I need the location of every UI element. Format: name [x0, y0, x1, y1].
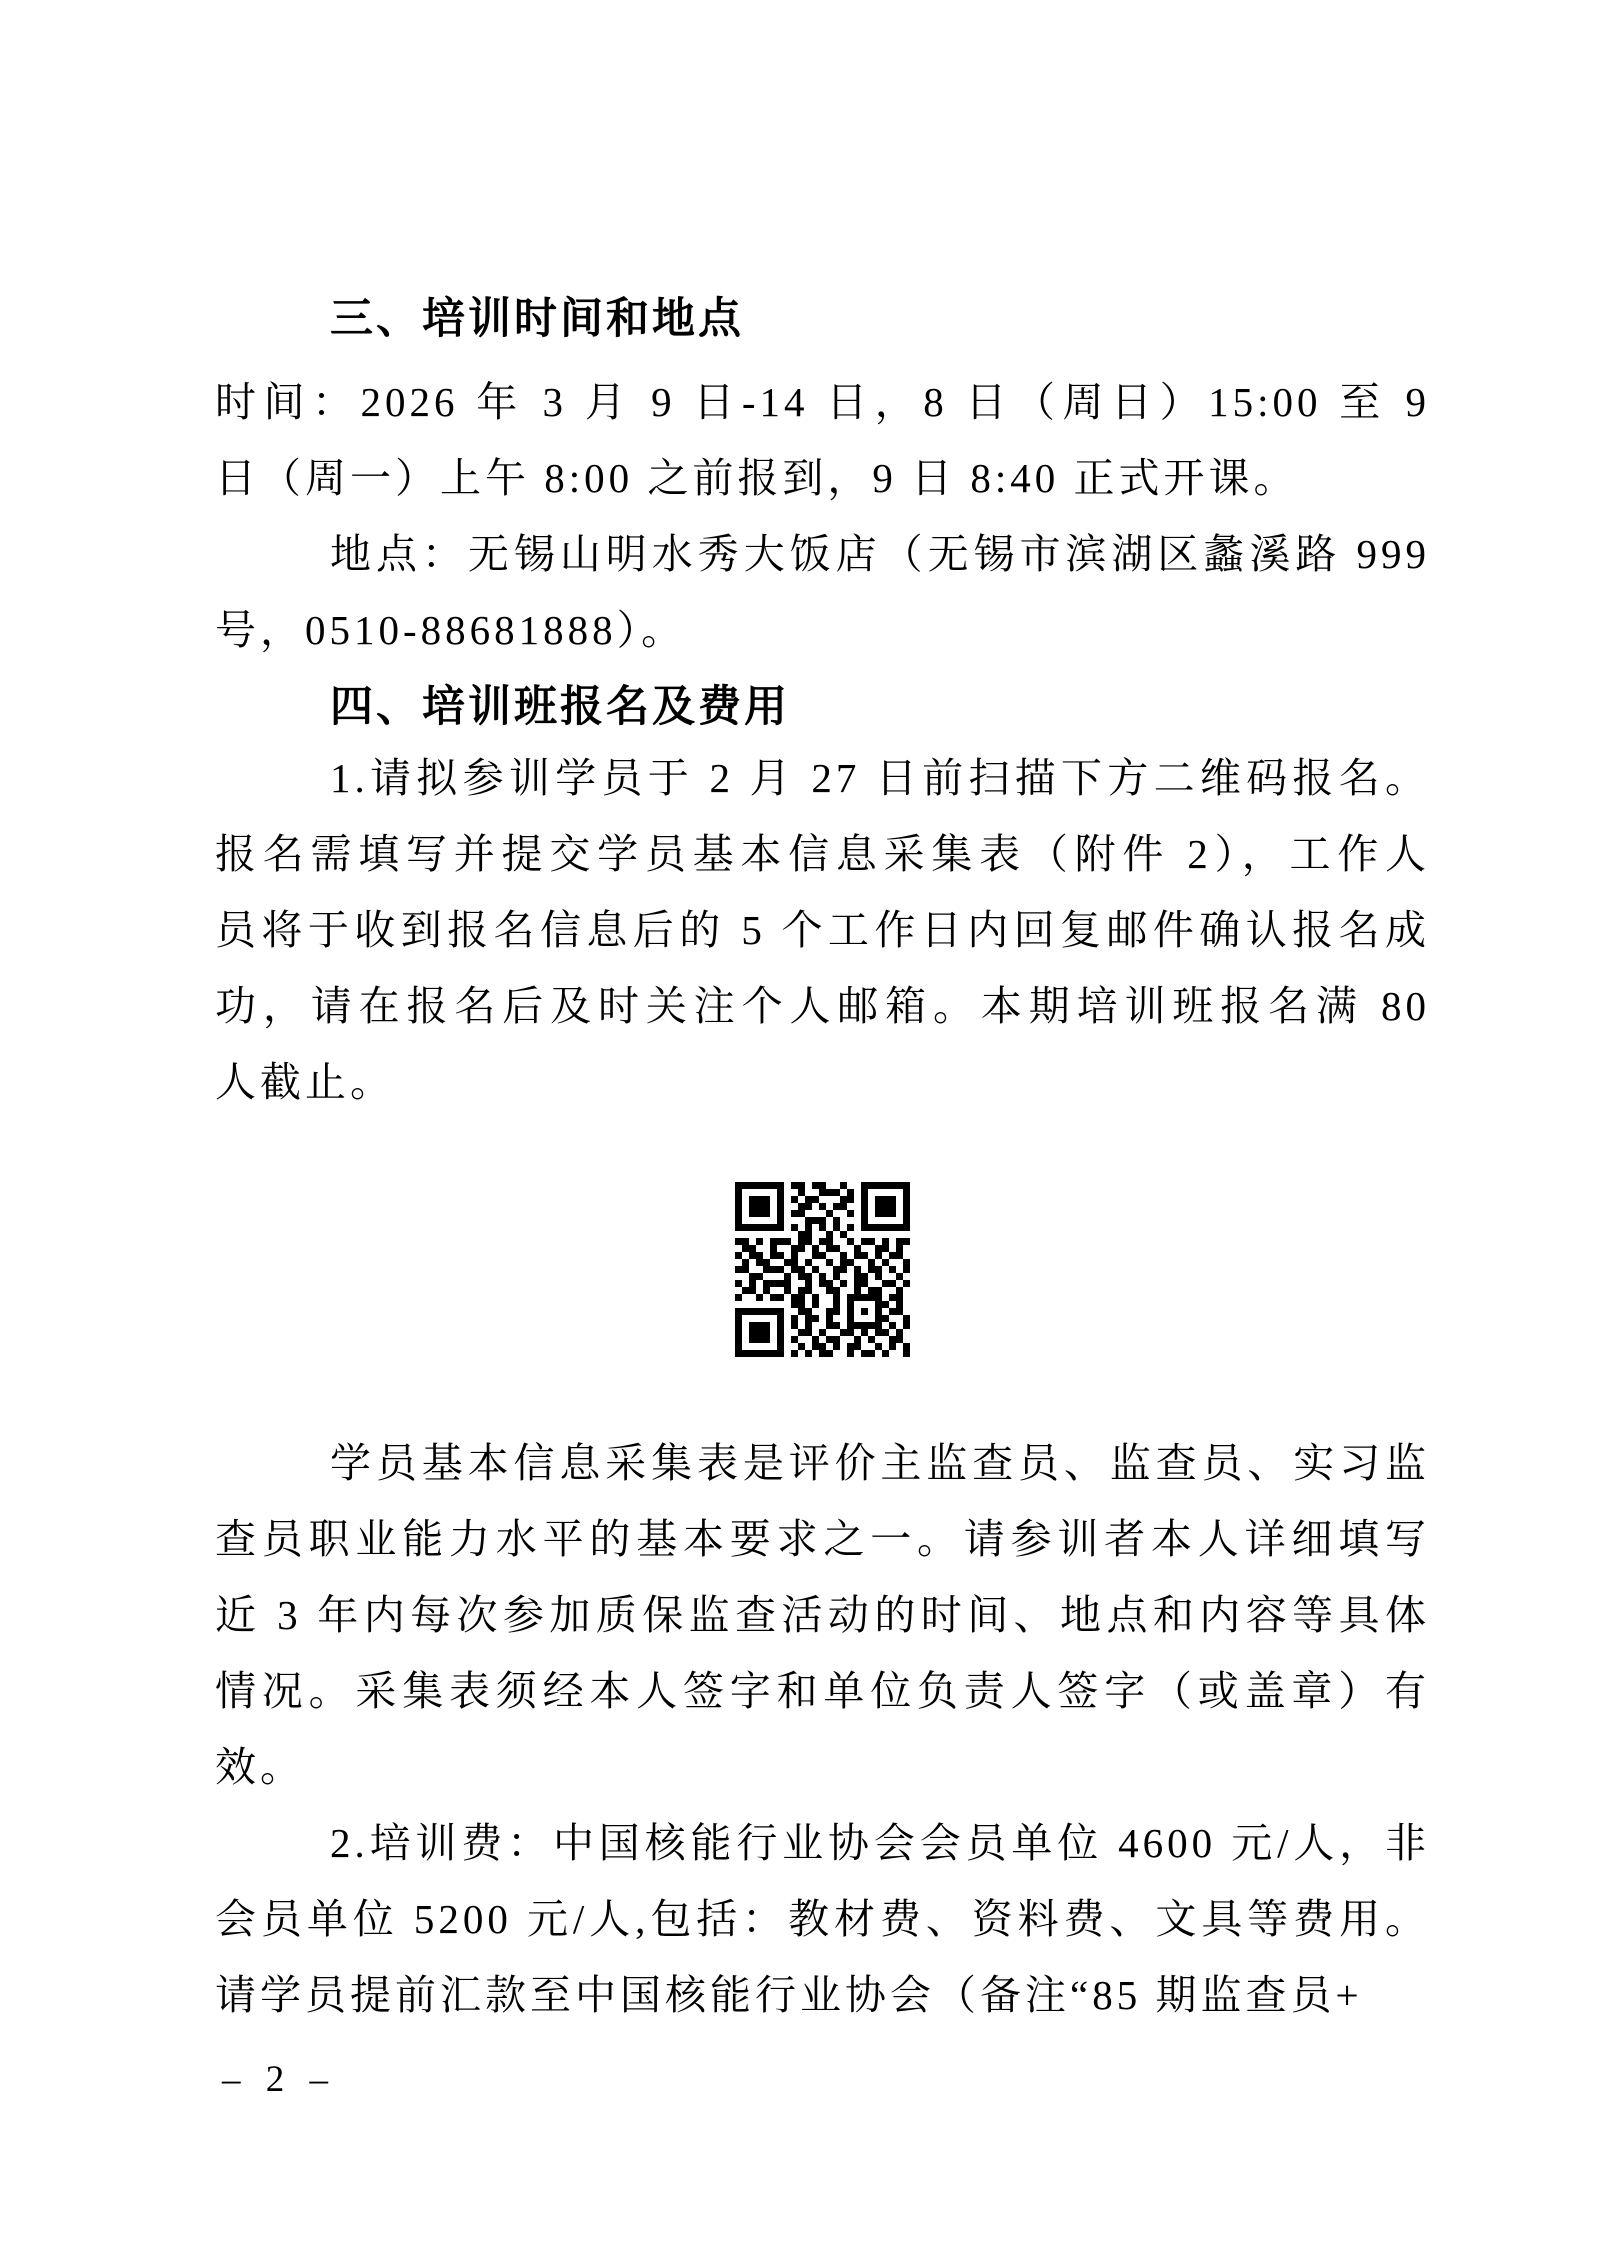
text-line: 学员基本信息采集表是评价主监查员、监查员、实习监: [215, 1425, 1430, 1501]
text-line: 2.培训费：中国核能行业协会会员单位 4600 元/人，非: [215, 1805, 1430, 1881]
paragraph-place: 地点：无锡山明水秀大饭店（无锡市滨湖区蠡溪路 999 号，0510-886818…: [215, 516, 1430, 668]
text-line: 日（周一）上午 8:00 之前报到，9 日 8:40 正式开课。: [215, 440, 1430, 516]
text-line: 近 3 年内每次参加质保监查活动的时间、地点和内容等具体: [215, 1577, 1430, 1653]
registration-qr-code: [735, 1182, 910, 1357]
section-heading-time-place: 三、培训时间和地点: [215, 288, 1430, 350]
text-line: 效。: [215, 1729, 1430, 1805]
text-line: 功，请在报名后及时关注个人邮箱。本期培训班报名满 80: [215, 968, 1430, 1044]
page-number: – 2 –: [222, 2058, 336, 2101]
text-line: 情况。采集表须经本人签字和单位负责人签字（或盖章）有: [215, 1653, 1430, 1729]
text-line: 时间：2026 年 3 月 9 日-14 日，8 日（周日）15:00 至 9: [215, 364, 1430, 440]
paragraph-fee: 2.培训费：中国核能行业协会会员单位 4600 元/人，非 会员单位 5200 …: [215, 1805, 1430, 2033]
section-heading-signup-fee: 四、培训班报名及费用: [215, 676, 1430, 738]
text-line: 员将于收到报名信息后的 5 个工作日内回复邮件确认报名成: [215, 892, 1430, 968]
document-page: 三、培训时间和地点 时间：2026 年 3 月 9 日-14 日，8 日（周日）…: [0, 0, 1600, 2262]
paragraph-signup: 1.请拟参训学员于 2 月 27 日前扫描下方二维码报名。 报名需填写并提交学员…: [215, 740, 1430, 1120]
text-line: 查员职业能力水平的基本要求之一。请参训者本人详细填写: [215, 1501, 1430, 1577]
text-line: 号，0510-88681888）。: [215, 592, 1430, 668]
text-line: 请学员提前汇款至中国核能行业协会（备注“85 期监查员+: [215, 1957, 1430, 2033]
text-line: 地点：无锡山明水秀大饭店（无锡市滨湖区蠡溪路 999: [215, 516, 1430, 592]
document-content: 三、培训时间和地点 时间：2026 年 3 月 9 日-14 日，8 日（周日）…: [0, 0, 1600, 2033]
text-line: 人截止。: [215, 1044, 1430, 1120]
paragraph-form-requirements: 学员基本信息采集表是评价主监查员、监查员、实习监 查员职业能力水平的基本要求之一…: [215, 1425, 1430, 1805]
text-line: 1.请拟参训学员于 2 月 27 日前扫描下方二维码报名。: [215, 740, 1430, 816]
paragraph-time: 时间：2026 年 3 月 9 日-14 日，8 日（周日）15:00 至 9 …: [215, 364, 1430, 516]
text-line: 会员单位 5200 元/人,包括：教材费、资料费、文具等费用。: [215, 1881, 1430, 1957]
text-line: 报名需填写并提交学员基本信息采集表（附件 2），工作人: [215, 816, 1430, 892]
